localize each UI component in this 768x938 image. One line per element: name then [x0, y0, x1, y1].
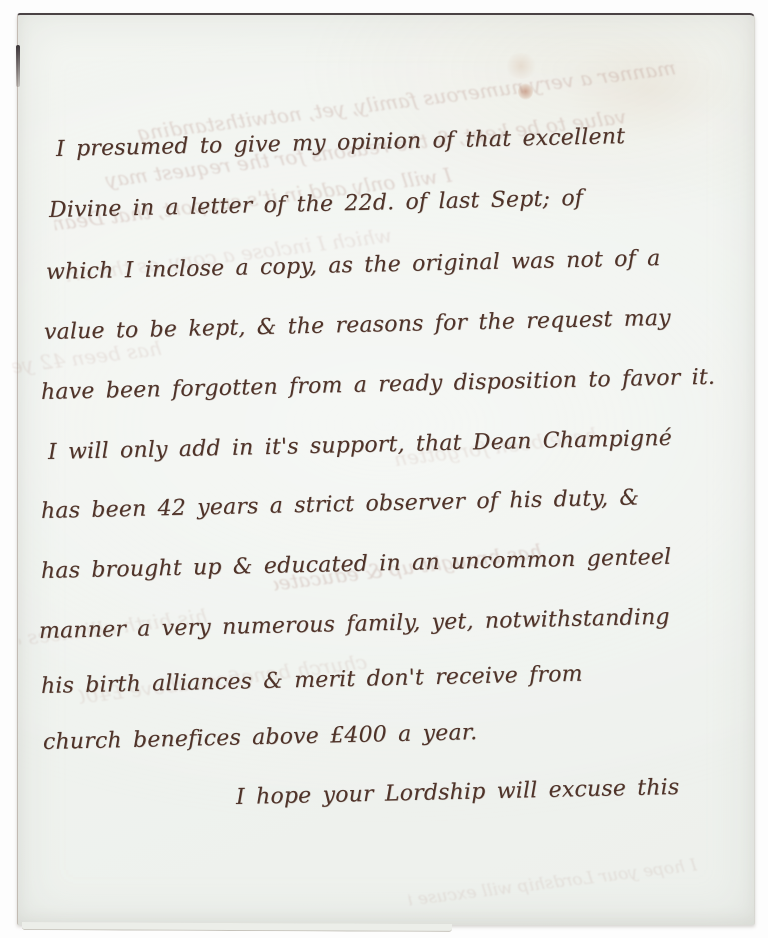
- letter-line-5: have been forgotten from a ready disposi…: [41, 365, 716, 405]
- letter-line-10: his birth alliances & merit don't receiv…: [41, 662, 583, 699]
- scanned-letter-image: manner a very numerous family, yet, notw…: [0, 0, 768, 938]
- letter-line-2: Divine in a letter of the 22d. of last S…: [49, 186, 584, 223]
- letter-page: manner a very numerous family, yet, notw…: [17, 13, 755, 925]
- letter-line-12: I hope your Lordship will excuse this: [236, 775, 680, 810]
- ink-showthrough: I hope your Lordship will excuse this: [408, 855, 698, 910]
- page-edge-notch: [16, 45, 20, 87]
- letter-line-4: value to be kept, & the reasons for the …: [44, 306, 671, 345]
- page-edge-bottom-sheet: [22, 922, 452, 932]
- stain-mark: [504, 53, 538, 79]
- letter-line-1: I presumed to give my opinion of that ex…: [56, 124, 626, 162]
- ink-showthrough-text: I hope your Lordship will excuse this: [408, 855, 698, 910]
- letter-line-7: has been 42 years a strict observer of h…: [41, 485, 640, 524]
- letter-line-8: has brought up & educated in an uncommon…: [41, 545, 672, 584]
- letter-line-9: manner a very numerous family, yet, notw…: [39, 605, 670, 644]
- stain-mark: [518, 83, 533, 100]
- letter-line-11: church benefices above £400 a year.: [43, 720, 478, 755]
- letter-line-6: I will only add in it's support, that De…: [48, 426, 672, 465]
- letter-line-3: which I inclose a copy, as the original …: [46, 246, 661, 285]
